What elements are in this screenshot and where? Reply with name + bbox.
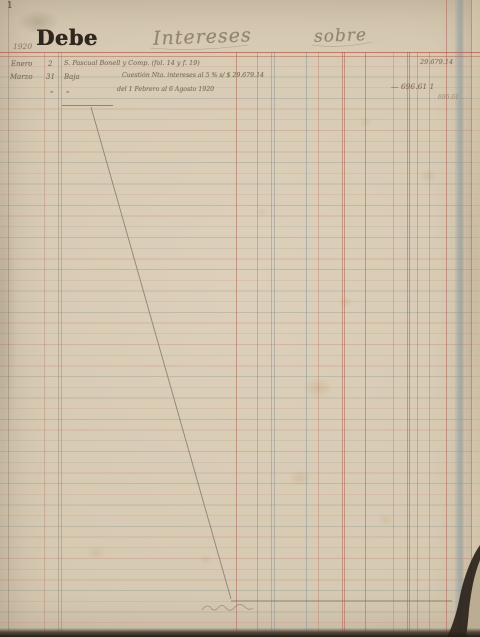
account-title: Intereses [153,24,252,49]
ledger-page: 1 1920 Debe Intereses sobre Enero 2 S. P… [0,0,480,637]
entry-day: 31 [46,73,55,81]
column-rule [429,52,430,631]
entry-description: Baja [64,73,80,81]
year-annotation: 1920 [13,42,32,51]
column-rule [344,52,345,631]
column-rule [44,52,45,631]
entry-month: Marzo [10,73,33,81]
annotation-overlay [0,0,480,637]
entry-amount: — 696.61 1 [391,82,434,91]
entry-description: „ [66,86,70,94]
entry-description: S. Pascual Bonell y Comp. (fol. 14 y f. … [64,59,200,67]
entry-amount: 696.61 [438,94,459,101]
column-rule [471,0,472,631]
column-rule [306,52,307,631]
column-rule [342,52,343,631]
column-rule [417,52,418,631]
entry-amount: 29.679.14 [420,58,453,66]
header-rule [0,52,480,53]
column-rule [365,52,366,631]
debit-header: Debe [36,25,98,50]
entry-month: Enero [11,60,32,68]
column-rule [393,52,394,631]
next-page-sliver [471,0,480,637]
column-rule [409,52,410,631]
column-rule [271,52,272,631]
folio-mark: 1 [7,1,13,11]
signature-mark [202,605,253,611]
account-title-2: sobre [314,25,368,47]
closing-line-diagonal [91,107,231,599]
entry-detail: Cuestión Nta. intereses al 5 % s/ $ 29.6… [122,72,264,79]
column-rule [236,52,237,631]
entry-detail: del 1 Febrero al 6 Agosto 1920 [117,86,214,93]
column-rule [8,0,9,631]
column-rule [61,52,62,631]
paper-stains [0,0,480,637]
bottom-page-edge [0,628,480,637]
column-rule [257,52,258,631]
entry-day: „ [50,86,54,94]
entry-day: 2 [48,60,52,68]
column-rule [407,52,408,631]
horizontal-ruling [0,56,480,632]
column-rule [58,52,59,631]
column-rule [318,52,319,631]
header-rule [0,56,480,57]
column-rule [274,52,275,631]
